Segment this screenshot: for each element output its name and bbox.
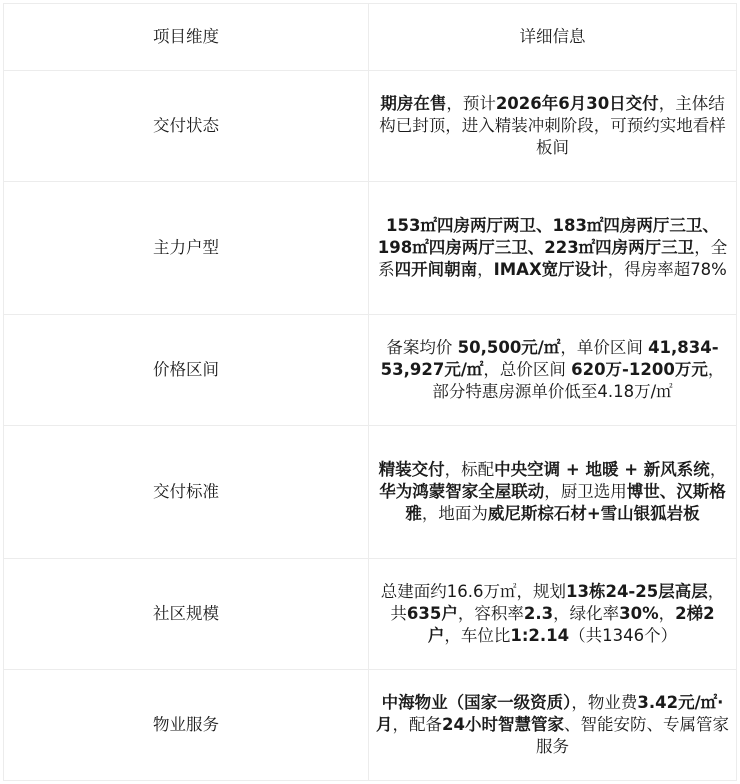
table-row: 价格区间 备案均价 50,500元/㎡，单价区间 41,834-53,927元/… <box>4 315 737 426</box>
detail-text: ，预计 <box>446 94 496 113</box>
detail-text: ，车位比 <box>444 626 510 645</box>
highlight-text: 华为鸿蒙智家全屋联动 <box>379 482 544 501</box>
table-row: 交付标准 精装交付，标配中央空调 + 地暖 + 新风系统，华为鸿蒙智家全屋联动，… <box>4 426 737 559</box>
table-header-row: 项目维度 详细信息 <box>4 4 737 71</box>
detail-text: ，单价区间 <box>560 338 648 357</box>
highlight-text: 2026年6月30日交付 <box>496 94 659 113</box>
detail-text: ，地面为 <box>422 504 488 523</box>
row-detail: 中海物业（国家一级资质），物业费3.42元/㎡·月，配备24小时智慧管家、智能安… <box>369 670 737 781</box>
highlight-text: 四开间朝南 <box>395 260 478 279</box>
detail-text: ， <box>477 260 494 279</box>
row-detail: 期房在售，预计2026年6月30日交付，主体结构已封顶，进入精装冲刺阶段，可预约… <box>369 71 737 182</box>
highlight-text: 期房在售 <box>380 94 446 113</box>
row-detail: 总建面约16.6万㎡，规划13栋24-25层高层，共635户，容积率2.3，绿化… <box>369 559 737 670</box>
table-row: 交付状态 期房在售，预计2026年6月30日交付，主体结构已封顶，进入精装冲刺阶… <box>4 71 737 182</box>
highlight-text: 13栋24-25层高层 <box>566 582 708 601</box>
highlight-text: 1:2.14 <box>510 626 569 645</box>
header-dimension: 项目维度 <box>4 4 369 71</box>
detail-text: 总建面约16.6万㎡，规划 <box>381 582 566 601</box>
project-info-table: 项目维度 详细信息 交付状态 期房在售，预计2026年6月30日交付，主体结构已… <box>3 3 737 781</box>
detail-text: ，配备 <box>393 715 443 734</box>
row-label: 社区规模 <box>4 559 369 670</box>
detail-text: ，绿化率 <box>553 604 619 623</box>
row-label: 物业服务 <box>4 670 369 781</box>
row-label: 价格区间 <box>4 315 369 426</box>
highlight-text: 精装交付 <box>379 460 445 479</box>
detail-text: ，总价区间 <box>483 360 571 379</box>
highlight-text: 威尼斯棕石材+雪山银狐岩板 <box>488 504 700 523</box>
highlight-text: IMAX宽厅设计 <box>494 260 608 279</box>
detail-text: ，物业费 <box>571 693 637 712</box>
detail-text: ，标配 <box>445 460 495 479</box>
detail-text: ，厨卫选用 <box>544 482 627 501</box>
detail-text: 、智能安防、专属管家服务 <box>536 715 729 756</box>
row-detail: 精装交付，标配中央空调 + 地暖 + 新风系统，华为鸿蒙智家全屋联动，厨卫选用博… <box>369 426 737 559</box>
detail-text: ， <box>710 460 727 479</box>
detail-text: ， <box>659 604 676 623</box>
highlight-text: 50,500元/㎡ <box>458 338 561 357</box>
detail-text: ，得房率超78% <box>608 260 727 279</box>
highlight-text: 635户 <box>407 604 458 623</box>
table-row: 主力户型 153㎡四房两厅两卫、183㎡四房两厅三卫、198㎡四房两厅三卫、22… <box>4 182 737 315</box>
row-label: 交付状态 <box>4 71 369 182</box>
highlight-text: 30% <box>619 604 659 623</box>
header-details: 详细信息 <box>369 4 737 71</box>
table-row: 物业服务 中海物业（国家一级资质），物业费3.42元/㎡·月，配备24小时智慧管… <box>4 670 737 781</box>
highlight-text: 中海物业（国家一级资质） <box>382 693 572 712</box>
highlight-text: 24小时智慧管家 <box>442 715 564 734</box>
row-label: 交付标准 <box>4 426 369 559</box>
highlight-text: 620万-1200万元 <box>571 360 708 379</box>
highlight-text: 2.3 <box>524 604 553 623</box>
table-row: 社区规模 总建面约16.6万㎡，规划13栋24-25层高层，共635户，容积率2… <box>4 559 737 670</box>
row-detail: 备案均价 50,500元/㎡，单价区间 41,834-53,927元/㎡，总价区… <box>369 315 737 426</box>
row-label: 主力户型 <box>4 182 369 315</box>
highlight-text: 中央空调 + 地暖 + 新风系统 <box>494 460 710 479</box>
detail-text: （共1346个） <box>569 626 677 645</box>
row-detail: 153㎡四房两厅两卫、183㎡四房两厅三卫、198㎡四房两厅三卫、223㎡四房两… <box>369 182 737 315</box>
detail-text: ，容积率 <box>458 604 524 623</box>
highlight-text: 153㎡四房两厅两卫、183㎡四房两厅三卫、198㎡四房两厅三卫、223㎡四房两… <box>378 216 719 257</box>
detail-text: 备案均价 <box>386 338 457 357</box>
